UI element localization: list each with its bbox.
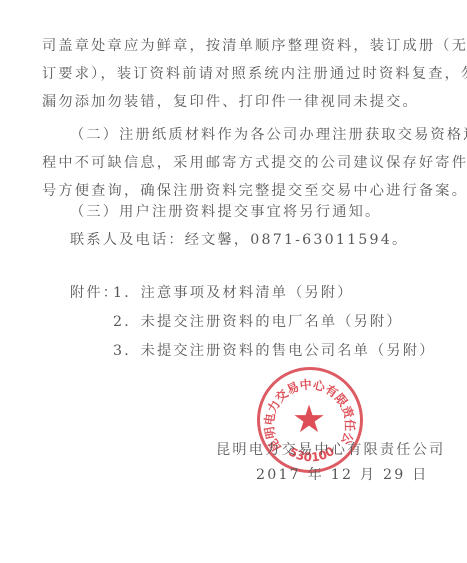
paragraph-line: （三）用户注册资料提交事宜将另行通知。 <box>70 203 381 221</box>
attachment-item: 3．未提交注册资料的售电公司名单（另附） <box>113 342 436 360</box>
attachment-item: 1．注意事项及材料清单（另附） <box>113 284 354 302</box>
paragraph-line: 司盖章处章应为鲜章，按清单顺序整理资料，装订成册（无装 <box>42 37 467 55</box>
paragraph-line: （二）注册纸质材料作为各公司办理注册获取交易资格过 <box>70 126 467 144</box>
signature-organization: 昆明电力交易中心有限责任公司 <box>216 441 445 459</box>
star-icon: ★ <box>292 400 326 438</box>
paragraph-line: 程中不可缺信息，采用邮寄方式提交的公司建议保存好寄件单 <box>42 154 467 172</box>
paragraph-line: 漏勿添加勿装错，复印件、打印件一律视同未提交。 <box>42 93 419 111</box>
contact-line: 联系人及电话：经文馨，0871-63011594。 <box>70 231 408 249</box>
paragraph-line: 订要求），装订资料前请对照系统内注册通过时资料复查，勿遗 <box>42 65 467 83</box>
signature-date: 2017 年 12 月 29 日 <box>256 466 429 484</box>
attachment-item: 2．未提交注册资料的电厂名单（另附） <box>113 313 403 331</box>
attachments-label: 附件： <box>70 284 119 302</box>
paragraph-line: 号方便查询，确保注册资料完整提交至交易中心进行备案。 <box>42 182 467 200</box>
